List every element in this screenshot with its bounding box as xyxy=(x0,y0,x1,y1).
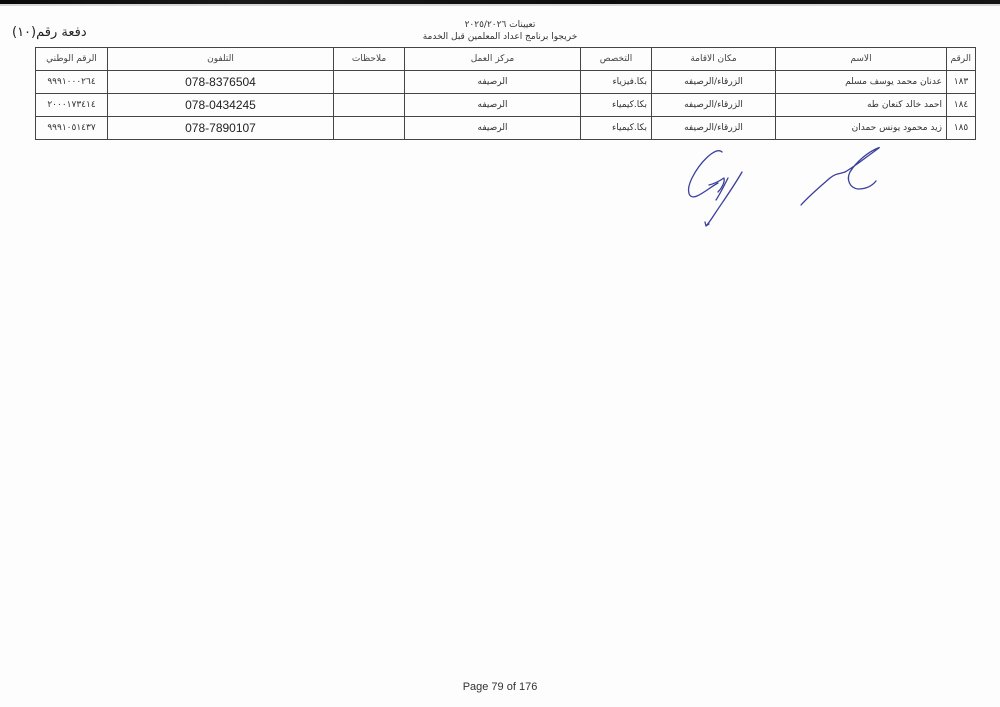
cell-name: احمد خالد كنعان طه xyxy=(776,94,947,117)
cell-national-id: ٩٩٩١٠٠٠٢٦٤ xyxy=(36,71,108,94)
cell-work-center: الرصيفه xyxy=(405,94,581,117)
title-line-1: تعيينات ٢٠٢٥/٢٠٢٦ xyxy=(330,19,670,31)
cell-residence: الزرقاء/الرصيفه xyxy=(652,117,776,140)
cell-phone: 078-0434245 xyxy=(108,94,334,117)
title-line-2: خريجوا برنامج اعداد المعلمين قبل الخدمة xyxy=(330,31,670,43)
table-row: ١٨٣ عدنان محمد يوسف مسلم الزرقاء/الرصيفه… xyxy=(36,71,976,94)
appointments-table: الرقم الاسم مكان الاقامة التخصص مركز الع… xyxy=(35,47,976,140)
header-phone: التلفون xyxy=(108,48,334,71)
cell-phone: 078-8376504 xyxy=(108,71,334,94)
cell-work-center: الرصيفه xyxy=(405,71,581,94)
batch-label: دفعة رقم(١٠) xyxy=(12,25,112,40)
cell-notes xyxy=(334,117,405,140)
cell-name: عدنان محمد يوسف مسلم xyxy=(776,71,947,94)
cell-number: ١٨٣ xyxy=(947,71,976,94)
header-number: الرقم xyxy=(947,48,976,71)
cell-national-id: ٢٠٠٠١٧٣٤١٤ xyxy=(36,94,108,117)
header-work-center: مركز العمل xyxy=(405,48,581,71)
header-notes: ملاحظات xyxy=(334,48,405,71)
cell-phone: 078-7890107 xyxy=(108,117,334,140)
table-row: ١٨٥ زيد محمود يونس حمدان الزرقاء/الرصيفه… xyxy=(36,117,976,140)
cell-name: زيد محمود يونس حمدان xyxy=(776,117,947,140)
cell-specialty: بكا.كيمياء xyxy=(581,117,652,140)
cell-number: ١٨٤ xyxy=(947,94,976,117)
cell-national-id: ٩٩٩١٠٥١٤٣٧ xyxy=(36,117,108,140)
document-title: تعيينات ٢٠٢٥/٢٠٢٦ خريجوا برنامج اعداد ال… xyxy=(330,19,670,43)
header-residence: مكان الاقامة xyxy=(652,48,776,71)
header-name: الاسم xyxy=(776,48,947,71)
table-row: ١٨٤ احمد خالد كنعان طه الزرقاء/الرصيفه ب… xyxy=(36,94,976,117)
cell-notes xyxy=(334,71,405,94)
signature-1 xyxy=(689,151,742,226)
cell-notes xyxy=(334,94,405,117)
page-footer: Page 79 of 176 xyxy=(0,681,1000,693)
scan-edge-fade xyxy=(0,4,1000,6)
cell-residence: الزرقاء/الرصيفه xyxy=(652,94,776,117)
cell-residence: الزرقاء/الرصيفه xyxy=(652,71,776,94)
header-specialty: التخصص xyxy=(581,48,652,71)
cell-work-center: الرصيفه xyxy=(405,117,581,140)
cell-specialty: بكا.فيزياء xyxy=(581,71,652,94)
table-header-row: الرقم الاسم مكان الاقامة التخصص مركز الع… xyxy=(36,48,976,71)
cell-specialty: بكا.كيمياء xyxy=(581,94,652,117)
signature-2 xyxy=(801,147,879,205)
header-national-id: الرقم الوطني xyxy=(36,48,108,71)
cell-number: ١٨٥ xyxy=(947,117,976,140)
